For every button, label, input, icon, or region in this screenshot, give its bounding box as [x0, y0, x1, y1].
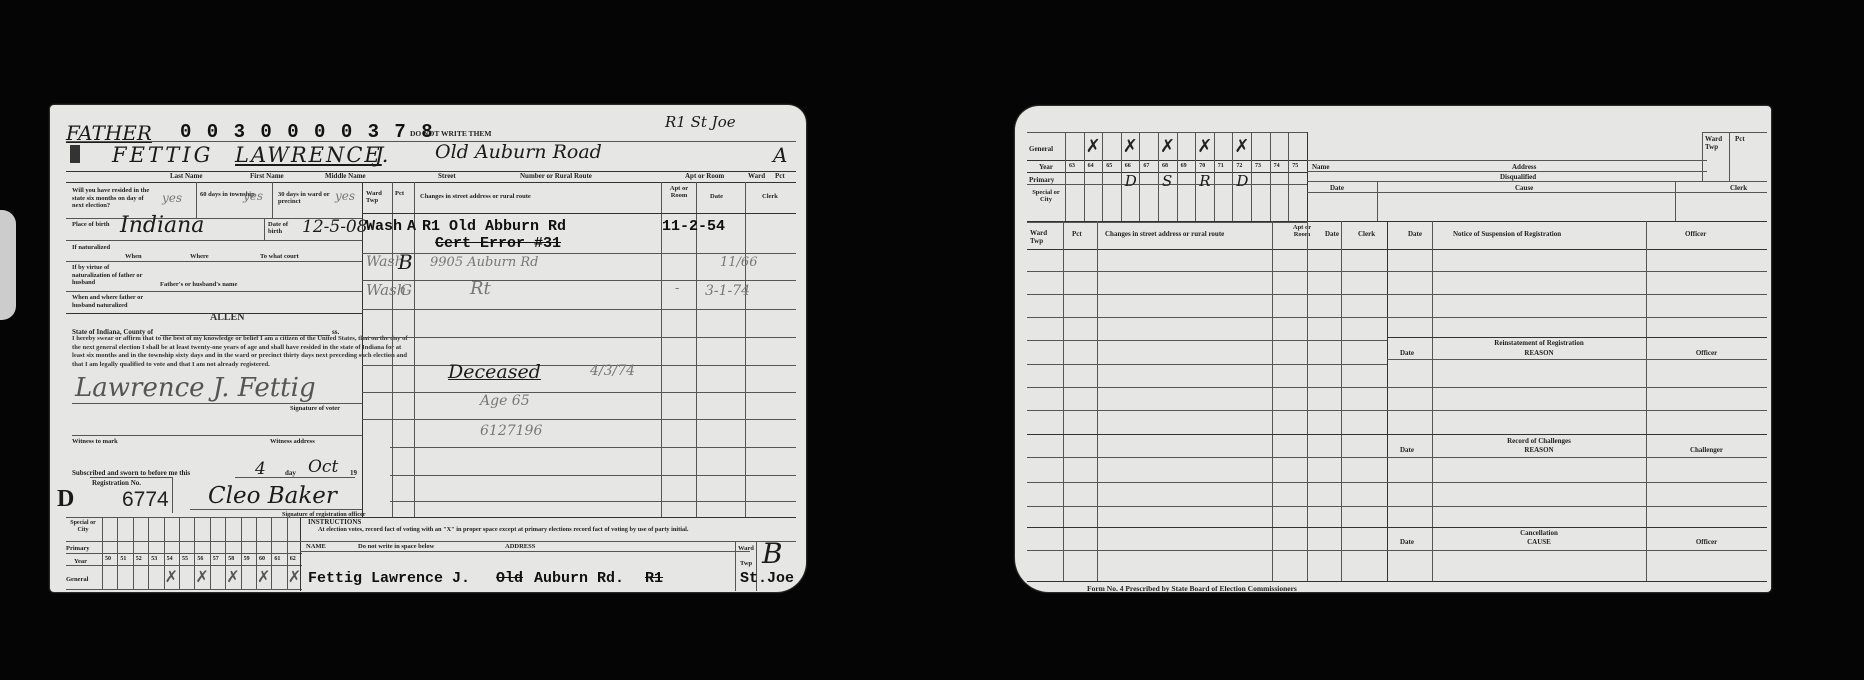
- naturalized-label: If naturalized: [72, 244, 110, 251]
- general-vote-mark: ✗: [1160, 136, 1175, 157]
- residence-state-question: Will you have resided in the state six m…: [72, 187, 152, 210]
- chal-challenger-label: Challenger: [1646, 446, 1767, 454]
- ward-value: A: [773, 143, 787, 167]
- chal-date-label: Date: [1400, 446, 1414, 454]
- row4-date: 3-1-74: [705, 283, 750, 299]
- vote-mark: ✗: [226, 567, 239, 586]
- chg-changes-header: Changes in street address or rural route: [1105, 230, 1224, 238]
- pct-header: Pct: [395, 190, 404, 197]
- row1-change: R1 Old Abburn Rd: [422, 218, 566, 235]
- subscribed-label: Subscribed and sworn to before me this: [72, 469, 190, 477]
- typed-r1: R1: [645, 570, 663, 587]
- reinst-reason-label: REASON: [1432, 349, 1646, 357]
- reinst-date-label: Date: [1400, 349, 1414, 357]
- do-not-write-label: DO NOT WRITE THEM: [410, 129, 491, 138]
- row4-pct: G: [400, 281, 412, 299]
- name-label: Name: [1312, 163, 1330, 171]
- dob-label: Date of birth: [268, 221, 302, 235]
- dq-clerk-label: Clerk: [1730, 184, 1747, 192]
- year-label: Year: [74, 558, 87, 565]
- year-cell: 67: [1143, 163, 1149, 169]
- chg-date-header: Date: [1325, 230, 1339, 238]
- witness-label: Witness to mark: [72, 438, 118, 445]
- registration-card-back: 6364✗6566✗D6768✗S6970✗R7172✗D737475 Gene…: [1015, 106, 1771, 592]
- street-address: Old Auburn Road: [435, 141, 602, 163]
- year-cell: 60: [259, 556, 265, 562]
- vote-mark: ✗: [257, 567, 270, 586]
- by-virtue-label: If by virtue of naturalization of father…: [72, 264, 147, 287]
- year-cell: 73: [1255, 163, 1261, 169]
- instructions-text: At election votes, record fact of voting…: [318, 526, 796, 533]
- year-cell: 69: [1181, 163, 1187, 169]
- row3-pct: B: [398, 250, 413, 274]
- voting-record-grid: 5051525354✗5556✗5758✗5960✗6162✗: [66, 517, 302, 589]
- court-label: To what court: [260, 253, 299, 260]
- year-prefix: 19: [350, 469, 357, 477]
- apt-room-label: Apt or Room: [685, 172, 724, 180]
- year-cell: 70: [1199, 163, 1205, 169]
- middle-name: J.: [375, 143, 388, 167]
- typed-city: St.Joe: [740, 570, 794, 587]
- cancel-officer-label: Officer: [1646, 538, 1767, 546]
- vote-mark: ✗: [195, 567, 208, 586]
- township-answer: yes: [243, 189, 263, 203]
- year-cell: 64: [1088, 163, 1094, 169]
- row2-note: Cert Error #31: [435, 235, 561, 252]
- row3-change: 9905 Auburn Rd: [430, 255, 539, 270]
- chg-clerk-header: Clerk: [1358, 230, 1375, 238]
- residence-state-answer: yes: [162, 191, 182, 205]
- year-row-label: Year: [1039, 163, 1053, 171]
- year-cell: 65: [1106, 163, 1112, 169]
- ward-box-label: Ward: [738, 545, 754, 552]
- date-header: Date: [710, 193, 723, 200]
- ward-answer: yes: [335, 189, 355, 203]
- general-vote-mark: ✗: [1086, 136, 1101, 157]
- row1-ward: Wash: [366, 218, 402, 235]
- year-cell: 51: [120, 556, 126, 562]
- route-note: R1 St Joe: [665, 113, 736, 131]
- primary-party-mark: S: [1162, 172, 1172, 190]
- year-cell: 56: [197, 556, 203, 562]
- primary-label: Primary: [66, 545, 89, 552]
- pct-label: Pct: [1735, 135, 1745, 143]
- sworn-day: 4: [255, 459, 266, 479]
- special-row-label: Special or City: [1029, 189, 1063, 203]
- vote-mark: ✗: [165, 567, 178, 586]
- chg-pct-header: Pct: [1072, 230, 1082, 238]
- primary-party-mark: R: [1199, 172, 1210, 190]
- first-name-label: First Name: [250, 172, 284, 180]
- row1-date: 11-2-54: [662, 218, 725, 235]
- last-name-label: Last Name: [170, 172, 202, 180]
- county-name: ALLEN: [210, 312, 244, 323]
- general-row-label: General: [1029, 145, 1053, 153]
- ward-label: Ward: [748, 172, 765, 180]
- middle-name-label: Middle Name: [325, 172, 366, 180]
- when-where-naturalized-label: When and where father or husband natural…: [72, 294, 152, 309]
- tab-marker: [70, 145, 80, 163]
- serial-number: 0 0 3 0 0 0 0 3 7 8: [180, 121, 435, 143]
- reinst-officer-label: Officer: [1646, 349, 1767, 357]
- ward-twp-label: Ward Twp: [1705, 135, 1727, 151]
- address-label: ADDRESS: [505, 543, 535, 550]
- voter-signature: Lawrence J. Fettig: [75, 373, 316, 403]
- adjacent-card-edge: [0, 210, 16, 320]
- year-cell: 72: [1236, 163, 1242, 169]
- year-cell: 75: [1292, 163, 1298, 169]
- place-of-birth-label: Place of birth: [72, 221, 112, 228]
- age-note: Age 65: [480, 393, 530, 409]
- chg-ward-header: Ward Twp: [1030, 229, 1055, 245]
- susp-date-header: Date: [1408, 230, 1422, 238]
- susp-officer-header: Officer: [1685, 230, 1706, 238]
- row3-date: 11/66: [720, 255, 757, 270]
- year-cell: 59: [244, 556, 250, 562]
- cancel-date-label: Date: [1400, 538, 1414, 546]
- ward-mark: B: [762, 537, 783, 570]
- row4-change: Rt: [470, 278, 491, 299]
- year-cell: 57: [213, 556, 219, 562]
- cancellation-title: Cancellation: [1432, 529, 1646, 537]
- year-cell: 66: [1125, 163, 1131, 169]
- registration-number: 6774: [122, 488, 169, 512]
- cancel-cause-label: CAUSE: [1432, 538, 1646, 546]
- disqualified-label: Disqualified: [1500, 173, 1536, 181]
- first-name: LAWRENCE: [235, 143, 382, 167]
- voting-history-grid: 6364✗6566✗D6768✗S6970✗R7172✗D737475: [1027, 132, 1307, 222]
- row4-apt: -: [675, 281, 679, 296]
- clerk-header: Clerk: [762, 193, 778, 200]
- form-footer: Form No. 4 Prescribed by State Board of …: [1087, 584, 1297, 593]
- no-write-label: Do not write in space below: [358, 543, 434, 550]
- date-of-birth: 12-5-08: [302, 217, 368, 237]
- primary-row-label: Primary: [1029, 176, 1054, 184]
- registration-letter: D: [57, 486, 74, 513]
- row1-pct: A: [407, 218, 416, 235]
- changes-header: Changes in street address or rural route: [420, 193, 531, 200]
- pct-label: Pct: [775, 172, 785, 180]
- sworn-month: Oct: [308, 457, 338, 477]
- instructions-title: INSTRUCTIONS: [308, 518, 361, 526]
- dq-cause-label: Cause: [1515, 184, 1533, 192]
- reinstatement-title: Reinstatement of Registration: [1432, 339, 1646, 347]
- challenges-title: Record of Challenges: [1432, 437, 1646, 445]
- number-route-label: Number or Rural Route: [520, 172, 592, 180]
- dq-date-label: Date: [1330, 184, 1344, 192]
- year-cell: 61: [274, 556, 280, 562]
- typed-old: Old: [496, 570, 523, 587]
- officer-signature: Cleo Baker: [208, 483, 337, 509]
- street-label: Street: [438, 172, 456, 180]
- chg-apt-header: Apt or Room: [1287, 224, 1317, 238]
- general-vote-mark: ✗: [1197, 136, 1212, 157]
- when-label: When: [125, 253, 142, 260]
- id-note: 6127196: [480, 423, 542, 439]
- address-label: Address: [1512, 163, 1536, 171]
- special-city-label: Special or City: [66, 520, 100, 533]
- father-name-label: Father's or husband's name: [160, 281, 237, 288]
- registration-card-front: FATHER 0 0 3 0 0 0 0 3 7 8 DO NOT WRITE …: [50, 105, 806, 592]
- typed-road: Auburn Rd.: [534, 570, 624, 587]
- where-label: Where: [190, 253, 209, 260]
- typed-name: Fettig Lawrence J.: [308, 570, 470, 587]
- year-cell: 71: [1218, 163, 1224, 169]
- chal-reason-label: REASON: [1432, 446, 1646, 454]
- apt-room-header: Apt or Room: [663, 185, 695, 199]
- oath-text: I hereby swear or affirm that to the bes…: [72, 335, 412, 369]
- name-label: NAME: [306, 543, 326, 550]
- voter-signature-label: Signature of voter: [290, 405, 340, 412]
- ward-twp-header: Ward Twp: [366, 190, 390, 204]
- deceased-note: Deceased: [448, 361, 541, 383]
- registration-no-label: Registration No.: [92, 479, 141, 487]
- year-cell: 58: [228, 556, 234, 562]
- witness-address-label: Witness address: [270, 438, 315, 445]
- primary-party-mark: D: [1236, 172, 1248, 190]
- year-cell: 74: [1274, 163, 1280, 169]
- ward-question: 30 days in ward or precinct: [278, 191, 338, 205]
- general-vote-mark: ✗: [1234, 136, 1249, 157]
- suspension-title: Notice of Suspension of Registration: [1453, 230, 1561, 238]
- day-label: day: [285, 469, 296, 477]
- deceased-date: 4/3/74: [590, 363, 635, 379]
- general-label: General: [66, 576, 88, 583]
- last-name: FETTIG: [112, 143, 213, 167]
- year-cell: 53: [151, 556, 157, 562]
- year-cell: 62: [290, 556, 296, 562]
- year-cell: 55: [182, 556, 188, 562]
- general-vote-mark: ✗: [1123, 136, 1138, 157]
- year-cell: 52: [136, 556, 142, 562]
- place-of-birth: Indiana: [120, 213, 204, 238]
- year-cell: 63: [1069, 163, 1075, 169]
- primary-party-mark: D: [1125, 172, 1137, 190]
- twp-box-label: Twp: [740, 560, 752, 567]
- year-cell: 68: [1162, 163, 1168, 169]
- year-cell: 54: [167, 556, 173, 562]
- year-cell: 50: [105, 556, 111, 562]
